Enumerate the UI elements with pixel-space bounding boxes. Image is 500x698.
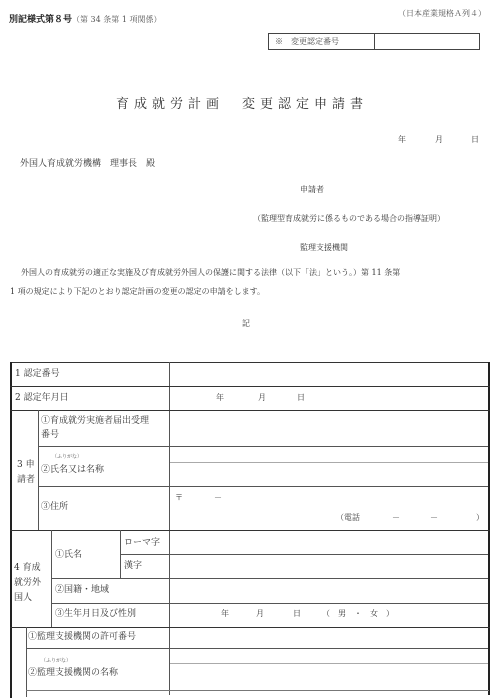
s4-item1-label: ①氏名 bbox=[55, 548, 82, 562]
furigana-divider bbox=[170, 663, 488, 664]
s3-item3-label: ③住所 bbox=[41, 500, 68, 514]
date-year-label: 年 bbox=[398, 134, 406, 145]
section5-subdivider bbox=[26, 627, 27, 697]
romaji-name-field[interactable] bbox=[172, 532, 486, 552]
applicant-registration-number-field[interactable] bbox=[172, 412, 486, 444]
s5-item1-label: ①監理支援機関の許可番号 bbox=[28, 630, 136, 644]
s5-item2-label: ②監理支援機関の名称 bbox=[28, 666, 118, 680]
birth-month: 月 bbox=[256, 608, 264, 619]
table-top-border bbox=[10, 362, 490, 363]
s4-item3-label: ③生年月日及び性別 bbox=[55, 607, 136, 621]
phone-dash2: － bbox=[430, 512, 438, 523]
s4-item2-label: ②国籍・地域 bbox=[55, 583, 109, 597]
sex-selector[interactable]: （ 男 ・ 女 ） bbox=[322, 608, 394, 619]
section3-subdivider bbox=[38, 410, 39, 530]
cert-number-field[interactable] bbox=[172, 364, 486, 384]
row-divider bbox=[38, 486, 488, 487]
form-reference: （第 34 条第 1 項関係） bbox=[72, 15, 161, 24]
kanji-label: 漢字 bbox=[124, 559, 142, 573]
section3-label: 3 申 請者 bbox=[17, 458, 35, 488]
row-divider bbox=[51, 603, 488, 604]
date-month-label: 月 bbox=[435, 134, 443, 145]
birth-day: 日 bbox=[293, 608, 301, 619]
row-divider bbox=[10, 386, 490, 387]
ki-label: 記 bbox=[242, 318, 250, 329]
row-cert-number-label: 1 認定番号 bbox=[15, 367, 60, 381]
section4-label-line2: 就労外 bbox=[14, 576, 41, 591]
furigana-divider bbox=[170, 462, 488, 463]
applicant-address-field[interactable] bbox=[172, 488, 486, 510]
phone-dash1: － bbox=[392, 512, 400, 523]
supervisor-name-field[interactable] bbox=[172, 665, 486, 689]
supervisor-permit-number-field[interactable] bbox=[172, 629, 486, 646]
row-divider bbox=[10, 627, 490, 628]
paper-size-note: （日本産業規格Ａ列４） bbox=[398, 8, 486, 19]
supervisor-label: 監理支援機関 bbox=[300, 242, 348, 253]
cert-date-month: 月 bbox=[258, 392, 266, 403]
s5-item2-furigana: （ふりがな） bbox=[41, 657, 71, 664]
change-cert-number-label: ※ 変更認定番号 bbox=[275, 36, 339, 47]
section4-label-line1: 4 育成 bbox=[14, 561, 41, 576]
romaji-label: ローマ字 bbox=[124, 536, 160, 550]
addressee: 外国人育成就労機構 理事長 殿 bbox=[20, 156, 155, 169]
date-day-label: 日 bbox=[471, 134, 479, 145]
applicant-name-furigana-field[interactable] bbox=[172, 448, 486, 461]
row-divider bbox=[51, 578, 488, 579]
s3-item2-furigana: （ふりがな） bbox=[52, 453, 82, 460]
label-value-divider bbox=[169, 362, 170, 695]
applicant-name-field[interactable] bbox=[172, 464, 486, 484]
row-divider bbox=[26, 648, 488, 649]
section4-label: 4 育成 就労外 国人 bbox=[14, 561, 41, 606]
body-text-line1: 外国人の育成就労の適正な実施及び育成就労外国人の保護に関する法律（以下「法」とい… bbox=[21, 267, 400, 278]
phone-open: （電話 bbox=[336, 512, 360, 523]
form-header: 別記様式第８号（第 34 条第 1 項関係） bbox=[9, 7, 161, 26]
document-title: 育成就労計画 変更認定申請書 bbox=[116, 93, 368, 112]
supervisor-name-furigana-field[interactable] bbox=[172, 650, 486, 662]
form-number: 別記様式第８号 bbox=[9, 15, 72, 25]
change-cert-number-box: ※ 変更認定番号 bbox=[268, 33, 480, 50]
row-divider bbox=[10, 410, 490, 411]
birth-year: 年 bbox=[221, 608, 229, 619]
cert-date-day: 日 bbox=[297, 392, 305, 403]
s3-item1-line2: 番号 bbox=[41, 428, 149, 442]
s3-item1-line1: ①育成就労実施者届出受理 bbox=[41, 414, 149, 428]
s3-item2-label: ②氏名又は名称 bbox=[41, 463, 104, 477]
applicant-label: 申請者 bbox=[300, 184, 324, 195]
change-cert-number-value[interactable] bbox=[379, 36, 474, 48]
row-divider bbox=[26, 690, 489, 691]
section3-label-line2: 請者 bbox=[17, 473, 35, 488]
section4-label-line3: 国人 bbox=[14, 591, 41, 606]
cert-date-year: 年 bbox=[216, 392, 224, 403]
change-cert-divider bbox=[374, 34, 375, 49]
s3-item1-label: ①育成就労実施者届出受理 番号 bbox=[41, 414, 149, 442]
row-divider bbox=[38, 446, 488, 447]
table-right-border bbox=[488, 362, 490, 695]
guidance-note: （監理型育成就労に係るものである場合の指導証明） bbox=[253, 213, 445, 224]
phone-close: ） bbox=[476, 512, 484, 523]
nationality-field[interactable] bbox=[172, 580, 486, 601]
kanji-name-field[interactable] bbox=[172, 556, 486, 576]
row-divider bbox=[120, 554, 488, 555]
row-cert-date-label: 2 認定年月日 bbox=[15, 391, 69, 405]
row-divider bbox=[10, 530, 490, 531]
section3-label-line1: 3 申 bbox=[17, 458, 35, 473]
body-text-line2: 1 項の規定により下記のとおり認定計画の変更の認定の申請をします。 bbox=[10, 286, 265, 297]
